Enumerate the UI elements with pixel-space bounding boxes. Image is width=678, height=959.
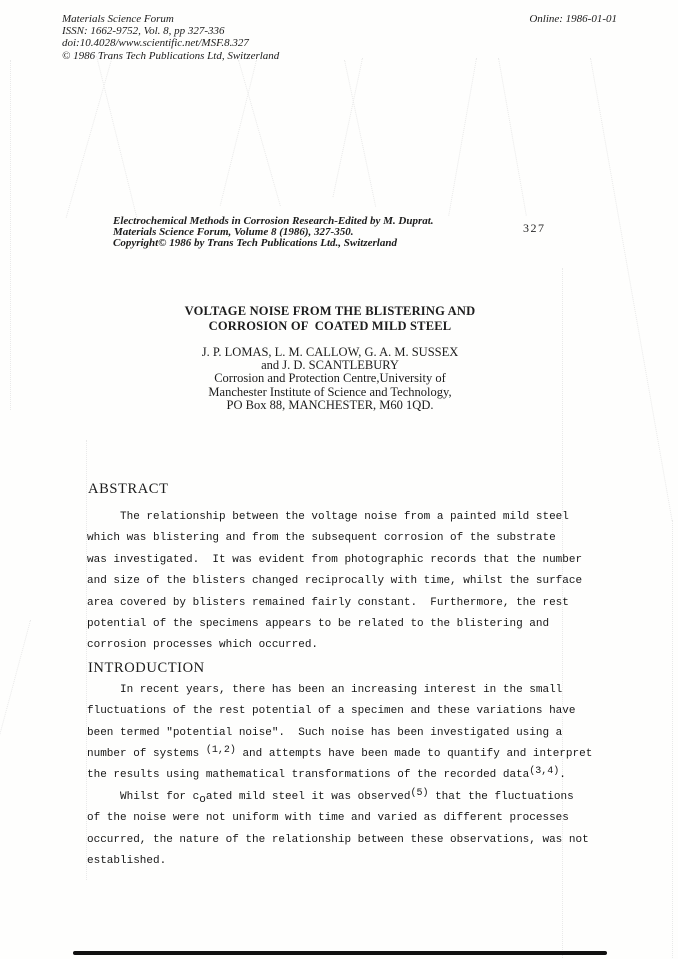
text-segment: . [559,769,566,781]
intro-paragraph-2: Whilst for coated mild steel it was obse… [87,787,609,873]
footer-rule [73,951,607,955]
text-segment: that the fluctuations [428,791,573,803]
text-segment: established. [87,855,166,867]
text-segment: In recent years, there has been an incre… [87,684,562,696]
text-line: which was blistering and from the subseq… [87,528,609,549]
text-segment: been termed "potential noise". Such nois… [87,727,562,739]
text-line: number of systems (1,2) and attempts hav… [87,744,609,765]
scan-artifact-line [448,58,477,216]
text-segment: J. P. LOMAS, L. M. CALLOW, G. A. M. SUSS… [202,345,459,359]
text-segment: © 1986 Trans Tech Publications Ltd, Swit… [62,50,279,62]
text-segment: was investigated. It was evident from ph… [87,554,582,566]
text-segment: The relationship between the voltage noi… [87,511,569,523]
text-line: ISSN: 1662-9752, Vol. 8, pp 327-336 [62,25,279,37]
scan-artifact-line [66,56,113,218]
text-line: In recent years, there has been an incre… [87,680,609,701]
text-line: was investigated. It was evident from ph… [87,550,609,571]
text-segment: and attempts have been made to quantify … [236,748,592,760]
text-segment: number of systems [87,748,206,760]
body-column: ABSTRACT The relationship between the vo… [87,481,609,873]
text-segment: VOLTAGE NOISE FROM THE BLISTERING AND [185,304,476,318]
text-segment: Manchester Institute of Science and Tech… [208,385,451,399]
text-line: © 1986 Trans Tech Publications Ltd, Swit… [62,50,279,62]
text-line: and size of the blisters changed recipro… [87,571,609,592]
text-segment: CORROSION OF COATED MILD STEEL [209,319,452,333]
scan-artifact-line [344,60,376,207]
text-segment: the results using mathematical transform… [87,769,529,781]
intro-paragraph-1: In recent years, there has been an incre… [87,680,609,787]
text-line: The relationship between the voltage noi… [87,507,609,528]
text-line: been termed "potential noise". Such nois… [87,723,609,744]
text-segment: fluctuations of the rest potential of a … [87,705,575,717]
text-segment: area covered by blisters remained fairly… [87,597,569,609]
text-line: potential of the specimens appears to be… [87,614,609,635]
scan-artifact-line [498,58,527,216]
text-line: Materials Science Forum [62,13,279,25]
text-segment: PO Box 88, MANCHESTER, M60 1QD. [227,398,434,412]
abstract-heading: ABSTRACT [88,481,609,498]
scanned-paper-page: Materials Science ForumISSN: 1662-9752, … [0,0,678,959]
text-line: occurred, the nature of the relationship… [87,830,609,851]
scan-artifact-line [10,60,11,410]
author-list: J. P. LOMAS, L. M. CALLOW, G. A. M. SUSS… [99,346,561,372]
superscript-reference: (1,2) [206,745,236,756]
affiliation: Corrosion and Protection Centre,Universi… [99,372,561,412]
page-number: 327 [523,221,546,236]
text-segment: occurred, the nature of the relationship… [87,834,589,846]
text-segment: Whilst for c [87,791,199,803]
text-segment: corrosion processes which occurred. [87,639,318,651]
text-line: VOLTAGE NOISE FROM THE BLISTERING AND [99,304,561,319]
text-line: Copyright© 1986 by Trans Tech Publicatio… [113,238,434,249]
scan-artifact-line [238,60,281,206]
text-line: established. [87,851,609,872]
online-date: Online: 1986-01-01 [529,13,617,25]
introduction-heading: INTRODUCTION [88,660,609,677]
abstract-paragraph: The relationship between the voltage noi… [87,507,609,657]
text-segment: potential of the specimens appears to be… [87,618,549,630]
title-block: VOLTAGE NOISE FROM THE BLISTERING ANDCOR… [99,304,561,412]
scan-artifact-line [0,620,31,813]
text-line: of the noise were not uniform with time … [87,808,609,829]
scan-artifact-line [220,60,257,206]
text-segment: of the noise were not uniform with time … [87,812,569,824]
journal-header: Materials Science ForumISSN: 1662-9752, … [62,13,279,62]
text-segment: and J. D. SCANTLEBURY [261,358,399,372]
superscript-reference: (3,4) [529,766,559,777]
text-segment: Corrosion and Protection Centre,Universi… [214,371,446,385]
text-line: area covered by blisters remained fairly… [87,593,609,614]
text-segment: Copyright© 1986 by Trans Tech Publicatio… [113,237,397,249]
scan-artifact-line [590,58,673,521]
text-line: Whilst for coated mild steel it was obse… [87,787,609,808]
text-segment: Materials Science Forum [62,13,174,25]
text-line: corrosion processes which occurred. [87,635,609,656]
text-segment: and size of the blisters changed recipro… [87,575,582,587]
text-segment: which was blistering and from the subseq… [87,532,556,544]
superscript-reference: (5) [410,788,428,799]
paper-title: VOLTAGE NOISE FROM THE BLISTERING ANDCOR… [99,304,561,333]
text-line: fluctuations of the rest potential of a … [87,701,609,722]
text-segment: doi:10.4028/www.scientific.net/MSF.8.327 [62,37,249,49]
scan-artifact-line [672,520,673,958]
text-segment: ISSN: 1662-9752, Vol. 8, pp 327-336 [62,25,225,37]
text-line: PO Box 88, MANCHESTER, M60 1QD. [99,399,561,412]
text-line: doi:10.4028/www.scientific.net/MSF.8.327 [62,37,279,49]
scan-artifact-line [96,56,138,219]
text-segment: ated mild steel it was observed [206,791,411,803]
text-line: CORROSION OF COATED MILD STEEL [99,319,561,334]
subscript-char: o [199,794,206,806]
text-line: the results using mathematical transform… [87,765,609,786]
citation-block: Electrochemical Methods in Corrosion Res… [113,216,434,249]
